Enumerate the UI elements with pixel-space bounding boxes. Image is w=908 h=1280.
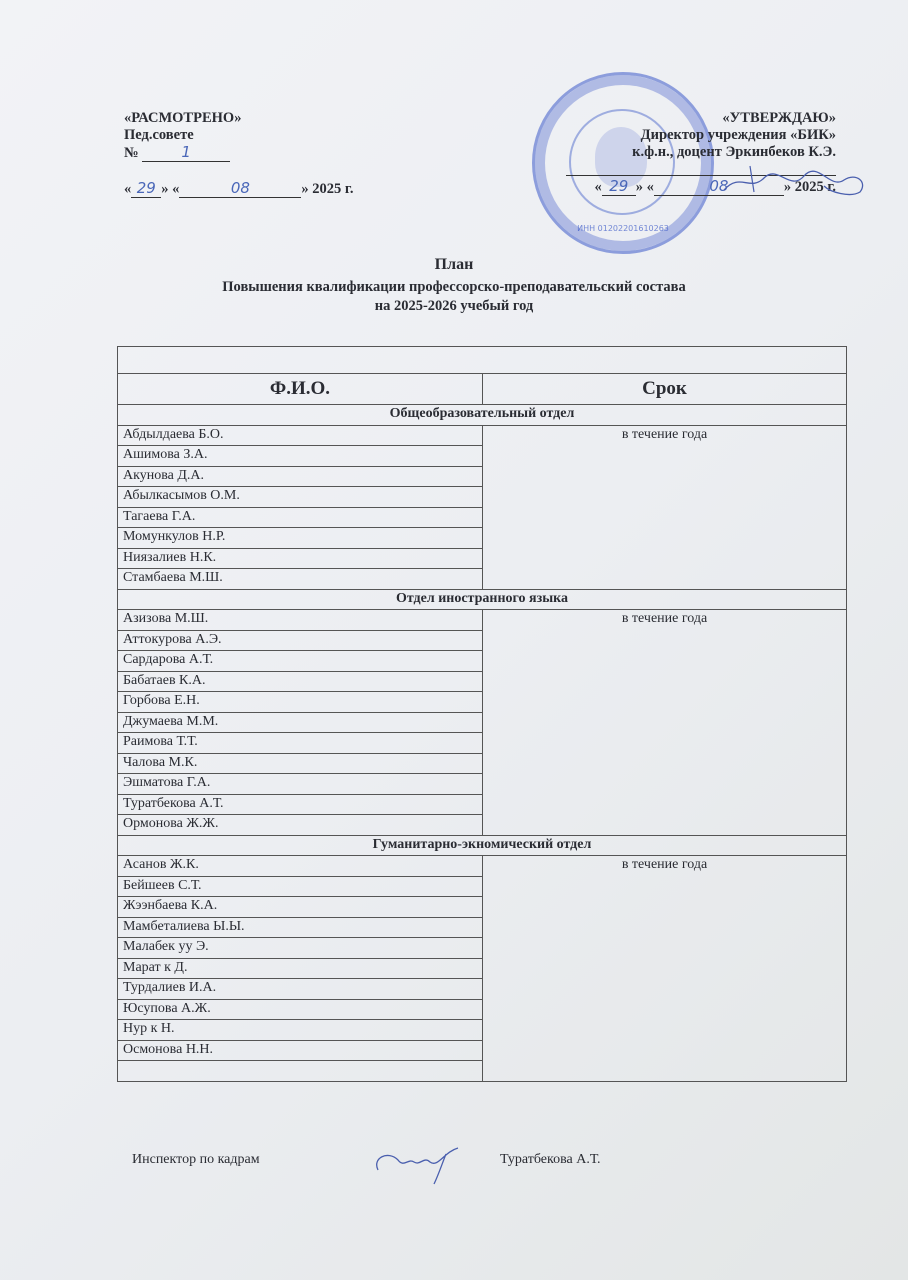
department-name: Гуманитарно-экномический отдел (118, 835, 847, 856)
quote-mid: » « (636, 179, 654, 195)
department-row: Гуманитарно-экномический отдел (118, 835, 847, 856)
member-name: Ормонова Ж.Ж. (118, 815, 483, 836)
reviewed-status: «РАСМОТРЕНО» (124, 110, 353, 127)
quote-open: « (595, 179, 602, 195)
number-label: № (124, 145, 139, 161)
number-value: 1 (142, 144, 230, 162)
member-name: Аттокурова А.Э. (118, 630, 483, 651)
term-cell: в течение года (483, 610, 847, 836)
director-signature-icon (720, 162, 870, 202)
column-header: Ф.И.О. (118, 374, 483, 405)
member-name: Азизова М.Ш. (118, 610, 483, 631)
blank-row (118, 347, 847, 374)
column-header: Срок (483, 374, 847, 405)
member-name: Акунова Д.А. (118, 466, 483, 487)
stamp-text: ИНН 01202201610263 (535, 224, 711, 233)
table-row: Абдылдаева Б.О.в течение года (118, 425, 847, 446)
table-row: Азизова М.Ш.в течение года (118, 610, 847, 631)
member-name: Абылкасымов О.М. (118, 487, 483, 508)
footer-role: Инспектор по кадрам (132, 1152, 260, 1168)
quote-mid: » « (161, 181, 179, 197)
member-name: Юсупова А.Ж. (118, 999, 483, 1020)
term-cell: в течение года (483, 425, 847, 589)
approved-line2: к.ф.н., доцент Эркинбеков К.Э. (566, 144, 836, 161)
member-name: Горбова Е.Н. (118, 692, 483, 713)
member-name: Момункулов Н.Р. (118, 528, 483, 549)
document-title: План (0, 256, 908, 274)
table-row: Асанов Ж.К.в течение года (118, 856, 847, 877)
member-name: Турдалиев И.А. (118, 979, 483, 1000)
member-name: Осмонова Н.Н. (118, 1040, 483, 1061)
member-name: Жээнбаева К.А. (118, 897, 483, 918)
document-subtitle: Повышения квалификации профессорско-преп… (0, 279, 908, 296)
date-day: 29 (131, 180, 161, 198)
member-name: Ниязалиев Н.К. (118, 548, 483, 569)
member-name: Мамбеталиева Ы.Ы. (118, 917, 483, 938)
qualification-plan-table: Ф.И.О.СрокОбщеобразовательный отделАбдыл… (117, 346, 847, 1082)
member-name: Чалова М.К. (118, 753, 483, 774)
member-name: Эшматова Г.А. (118, 774, 483, 795)
member-name: Тагаева Г.А. (118, 507, 483, 528)
date-month: 08 (179, 180, 301, 198)
reviewed-date: «29» «08» 2025 г. (124, 180, 353, 198)
member-name: Абдылдаева Б.О. (118, 425, 483, 446)
reviewed-number: № 1 (124, 144, 353, 162)
member-name: Сардарова А.Т. (118, 651, 483, 672)
department-name: Общеобразовательный отдел (118, 405, 847, 426)
member-name: Нур к Н. (118, 1020, 483, 1041)
member-name: Бабатаев К.А. (118, 671, 483, 692)
date-year: » 2025 г. (301, 181, 353, 197)
member-name: Раимова Т.Т. (118, 733, 483, 754)
department-row: Общеобразовательный отдел (118, 405, 847, 426)
reviewed-block: «РАСМОТРЕНО» Пед.совете № 1 «29» «08» 20… (124, 110, 353, 198)
quote-open: « (124, 181, 131, 197)
department-row: Отдел иностранного языка (118, 589, 847, 610)
approved-line1: Директор учреждения «БИК» (566, 127, 836, 144)
member-name: Марат к Д. (118, 958, 483, 979)
blank-cell (118, 347, 847, 374)
member-name: Ашимова З.А. (118, 446, 483, 467)
term-cell: в течение года (483, 856, 847, 1082)
header-row: Ф.И.О.Срок (118, 374, 847, 405)
member-name: Асанов Ж.К. (118, 856, 483, 877)
member-name: Бейшеев С.Т. (118, 876, 483, 897)
reviewed-body: Пед.совете (124, 127, 353, 144)
member-name: Туратбекова А.Т. (118, 794, 483, 815)
document-page: «РАСМОТРЕНО» Пед.совете № 1 «29» «08» 20… (0, 0, 908, 1280)
member-name: Малабек уу Э. (118, 938, 483, 959)
footer-name: Туратбекова А.Т. (500, 1152, 600, 1168)
department-name: Отдел иностранного языка (118, 589, 847, 610)
member-name: Джумаева М.М. (118, 712, 483, 733)
member-name: Стамбаева М.Ш. (118, 569, 483, 590)
date-day: 29 (602, 178, 636, 196)
member-name (118, 1061, 483, 1082)
document-year: на 2025-2026 учебый год (0, 298, 908, 315)
inspector-signature-icon (368, 1140, 468, 1188)
approved-status: «УТВЕРЖДАЮ» (566, 110, 836, 127)
